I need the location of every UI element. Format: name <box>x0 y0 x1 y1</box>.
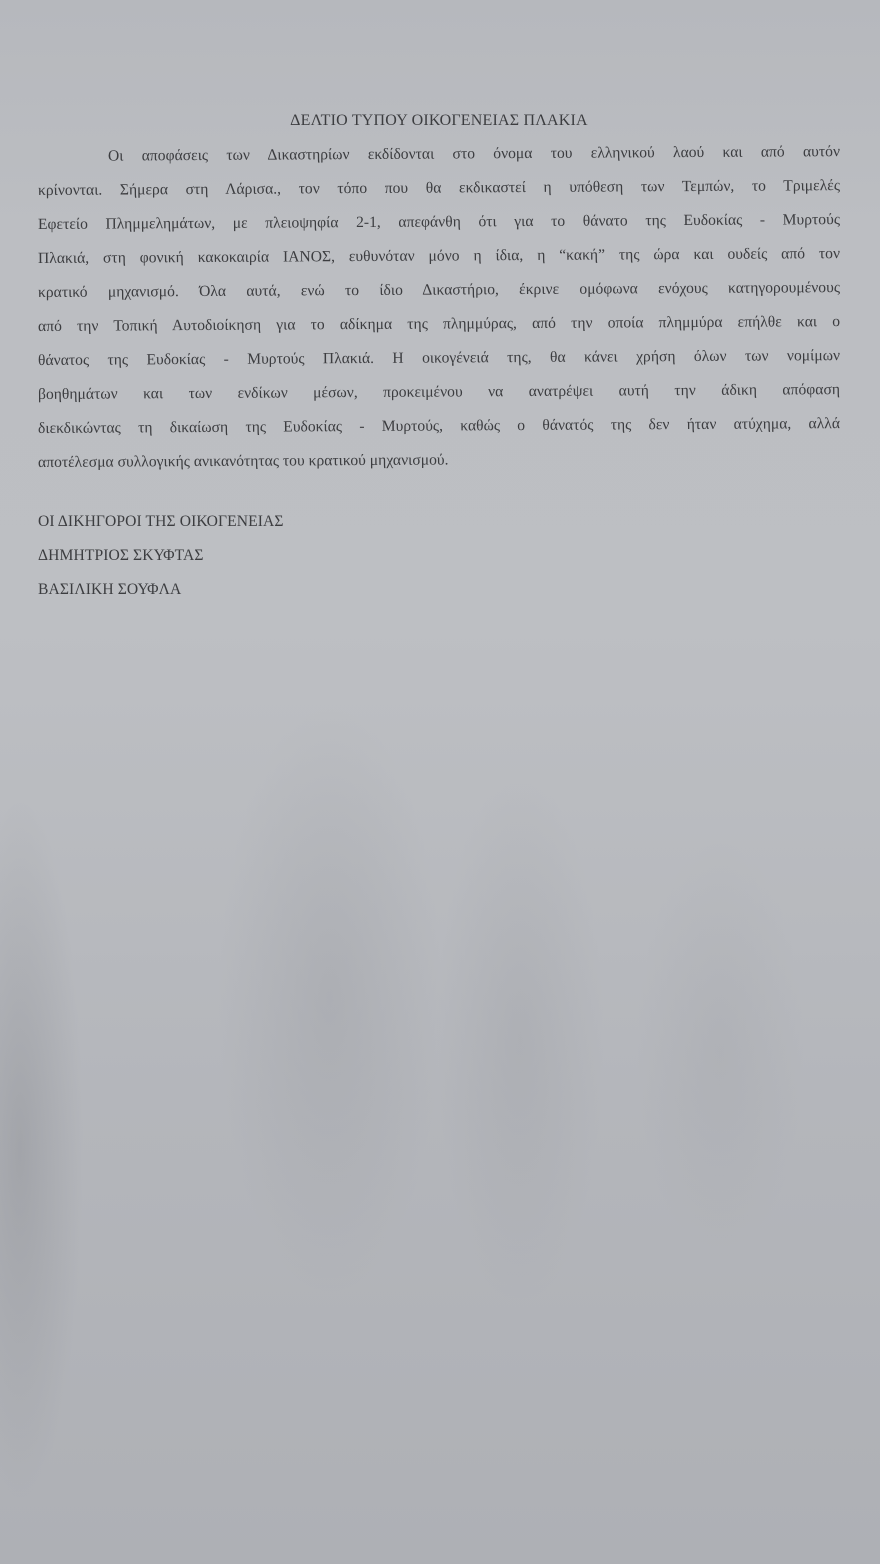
body-line: θάνατος της Ευδοκίας - Μυρτούς Πλακιά. Η… <box>38 339 840 378</box>
body-line: Πλακιά, στη φονική κακοκαιρία ΙΑΝΟΣ, ευθ… <box>38 237 840 276</box>
body-line: διεκδικώντας τη δικαίωση της Ευδοκίας - … <box>38 407 840 446</box>
body-line: Οι αποφάσεις των Δικαστηρίων εκδίδονται … <box>38 135 840 174</box>
body-line: αποτέλεσμα συλλογικής ανικανότητας του κ… <box>38 441 840 480</box>
body-paragraph: Οι αποφάσεις των Δικαστηρίων εκδίδονται … <box>38 140 840 480</box>
body-line: κρίνονται. Σήμερα στη Λάρισα., τον τόπο … <box>38 169 840 208</box>
signature-name: ΒΑΣΙΛΙΚΗ ΣΟΥΦΛΑ <box>38 573 284 607</box>
body-line: από την Τοπική Αυτοδιοίκηση για το αδίκη… <box>38 305 840 344</box>
signature-heading: ΟΙ ΔΙΚΗΓΟΡΟΙ ΤΗΣ ΟΙΚΟΓΕΝΕΙΑΣ <box>38 505 284 539</box>
document-title: ΔΕΛΤΙΟ ΤΥΠΟΥ ΟΙΚΟΓΕΝΕΙΑΣ ΠΛΑΚΙΑ <box>38 112 840 130</box>
body-line: Εφετείο Πλημμελημάτων, με πλειοψηφία 2-1… <box>38 203 840 242</box>
signature-block: ΟΙ ΔΙΚΗΓΟΡΟΙ ΤΗΣ ΟΙΚΟΓΕΝΕΙΑΣ ΔΗΜΗΤΡΙΟΣ Σ… <box>38 505 284 607</box>
signature-name: ΔΗΜΗΤΡΙΟΣ ΣΚΥΦΤΑΣ <box>38 539 284 573</box>
body-line: κρατικό μηχανισμό. Όλα αυτά, ενώ το ίδιο… <box>38 271 840 310</box>
body-line: βοηθημάτων και των ενδίκων μέσων, προκει… <box>38 373 840 412</box>
